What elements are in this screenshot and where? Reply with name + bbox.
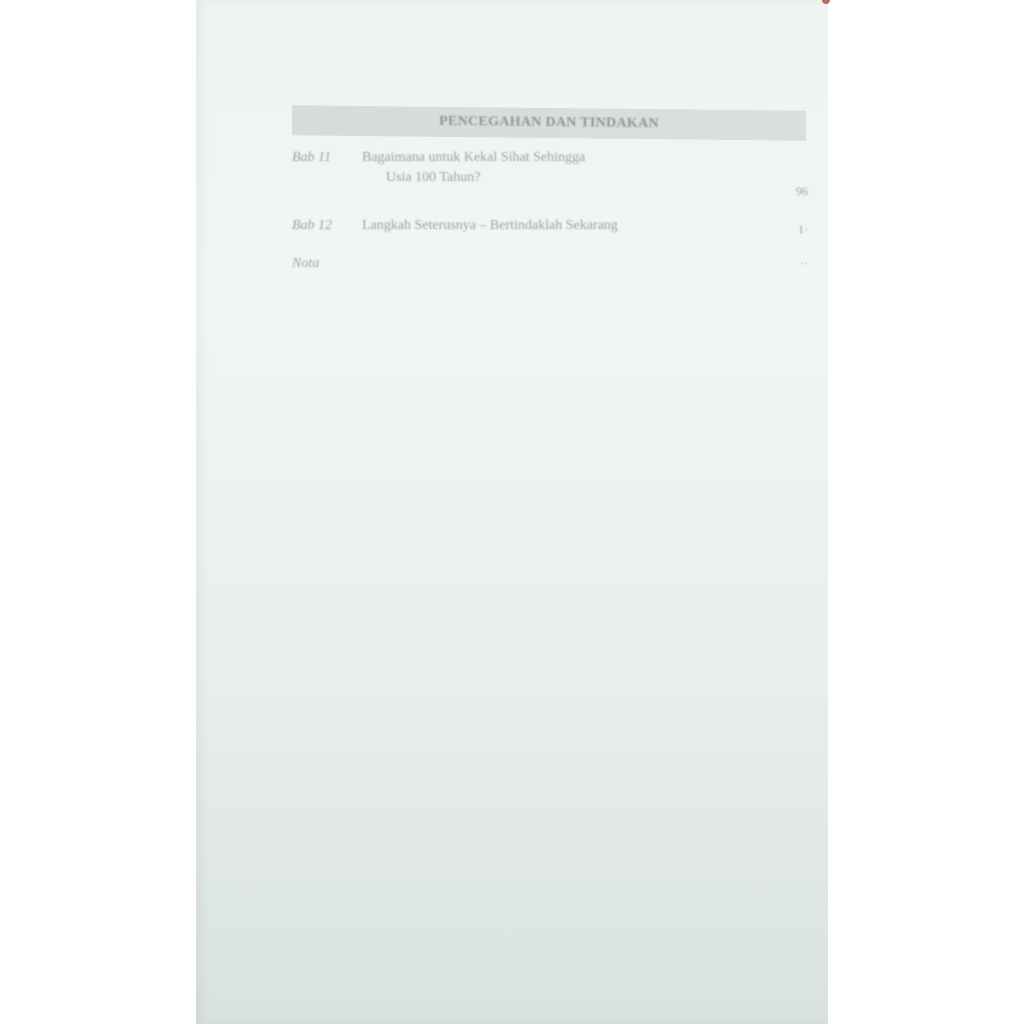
toc-page-number: ·· xyxy=(800,256,808,271)
toc-title-line: Usia 100 Tahun? xyxy=(362,170,585,186)
toc-chapter-label: Bab 12 xyxy=(292,218,332,234)
section-heading-banner: PENCEGAHAN DAN TINDAKAN xyxy=(292,105,806,140)
toc-entry: Bab 12 Langkah Seterusnya – Bertindaklah… xyxy=(292,218,808,258)
toc-entry: Bab 11 Bagaimana untuk Kekal Sihat Sehin… xyxy=(292,150,808,210)
table-of-contents: Bab 11 Bagaimana untuk Kekal Sihat Sehin… xyxy=(292,146,808,276)
toc-title: Bagaimana untuk Kekal Sihat Sehingga Usi… xyxy=(362,150,585,186)
toc-page-number: 1· xyxy=(798,222,808,237)
section-heading: PENCEGAHAN DAN TINDAKAN xyxy=(439,114,659,132)
toc-chapter-label: Bab 11 xyxy=(292,150,331,166)
page-edge-mark xyxy=(822,0,830,4)
toc-title: Langkah Seterusnya – Bertindaklah Sekara… xyxy=(362,218,618,234)
toc-chapter-label: Nota xyxy=(292,256,319,272)
toc-title-line: Bagaimana untuk Kekal Sihat Sehingga xyxy=(362,150,585,165)
toc-page-number: 96 xyxy=(796,184,808,199)
toc-entry: Nota ·· xyxy=(292,256,808,286)
